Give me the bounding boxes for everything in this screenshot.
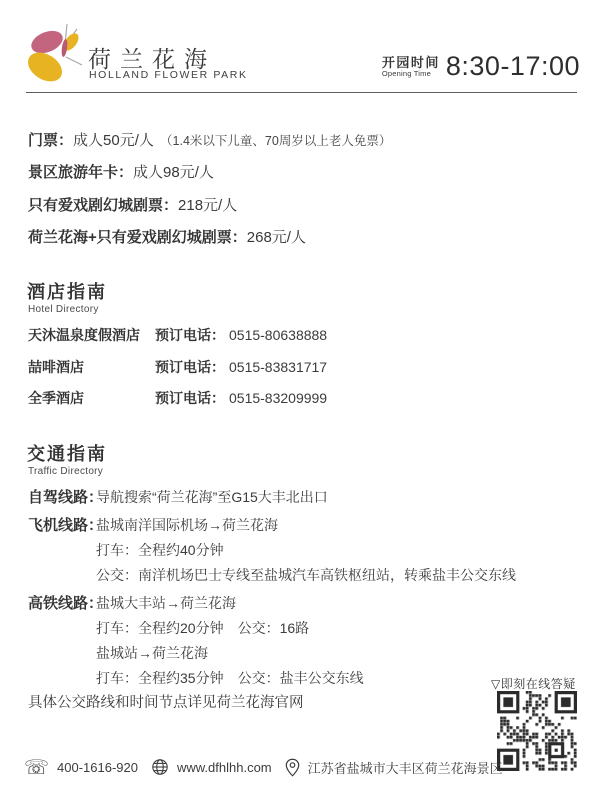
ticket-label: 景区旅游年卡： <box>28 164 133 181</box>
opening-hours: 8:30-17:00 <box>446 51 580 82</box>
flyer-page: 荷兰花海 HOLLAND FLOWER PARK 开园时间 Opening Ti… <box>0 0 600 796</box>
opening-time-block: 开园时间 Opening Time 8:30-17:00 <box>382 51 580 82</box>
footer-phone: ☏ 400-1616-920 <box>24 757 138 777</box>
traffic-note: 具体公交路线和时间节点详见荷兰花海官网 <box>28 693 304 713</box>
ticket-value: 268元/人 <box>247 229 306 246</box>
ticket-label: 门票： <box>28 132 73 149</box>
route-line: 打车：全程约35分钟 公交：盐丰公交东线 <box>96 666 364 691</box>
hotel-phone-label: 预订电话： <box>155 325 225 345</box>
hotel-row: 天沐温泉度假酒店 预订电话： 0515-80638888 <box>28 325 327 345</box>
brand-name-en: HOLLAND FLOWER PARK <box>89 69 248 81</box>
route-flight: 飞机线路： 盐城南洋国际机场→荷兰花海 打车：全程约40分钟 公交：南洋机场巴士… <box>28 513 516 588</box>
traffic-section-title: 交通指南 <box>27 444 107 464</box>
traffic-section-subtitle: Traffic Directory <box>28 466 103 477</box>
ticket-line: 只有爱戏剧幻城剧票：218元/人 <box>28 196 237 216</box>
hotel-name: 天沐温泉度假酒店 <box>28 325 155 345</box>
opening-time-label-cn: 开园时间 <box>382 56 440 70</box>
hotel-row: 喆啡酒店 预订电话： 0515-83831717 <box>28 357 327 377</box>
ticket-value: 成人98元/人 <box>133 164 214 181</box>
ticket-line: 荷兰花海+只有爱戏剧幻城剧票：268元/人 <box>28 228 306 248</box>
hotel-phone-number: 0515-83209999 <box>229 388 327 408</box>
qr-label: ▽即刻在线答疑 <box>491 675 576 692</box>
ticket-note: （1.4米以下儿童、70周岁以上老人免票） <box>160 134 391 148</box>
location-pin-icon <box>285 758 300 777</box>
footer-address: 江苏省盐城市大丰区荷兰花海景区 <box>285 758 503 777</box>
route-label: 飞机线路： <box>28 513 96 538</box>
qr-code <box>497 691 577 771</box>
hotel-name: 全季酒店 <box>28 388 155 408</box>
hotel-section-subtitle: Hotel Directory <box>28 304 99 315</box>
footer-phone-number: 400-1616-920 <box>57 760 138 775</box>
route-driving: 自驾线路：导航搜索“荷兰花海”至G15大丰北出口 <box>28 485 328 510</box>
hotel-phone-number: 0515-83831717 <box>229 357 327 377</box>
route-line: 公交：南洋机场巴士专线至盐城汽车高铁枢纽站，转乘盐丰公交东线 <box>96 563 516 588</box>
ticket-label: 只有爱戏剧幻城剧票： <box>28 197 178 214</box>
hotel-name: 喆啡酒店 <box>28 357 155 377</box>
route-line: 盐城站→荷兰花海 <box>96 641 364 666</box>
route-line: 导航搜索“荷兰花海”至G15大丰北出口 <box>96 489 328 505</box>
hotel-phone-number: 0515-80638888 <box>229 325 327 345</box>
route-line: 打车：全程约40分钟 <box>96 538 516 563</box>
footer-website-url: www.dfhlhh.com <box>177 760 272 775</box>
route-line: 盐城大丰站→荷兰花海 <box>96 591 364 616</box>
globe-icon <box>151 758 169 776</box>
footer-website: www.dfhlhh.com <box>151 758 272 776</box>
footer-address-text: 江苏省盐城市大丰区荷兰花海景区 <box>308 758 503 777</box>
hotel-phone-label: 预订电话： <box>155 357 225 377</box>
ticket-line: 景区旅游年卡：成人98元/人 <box>28 163 214 183</box>
butterfly-logo-icon <box>24 20 86 86</box>
route-label: 高铁线路： <box>28 591 96 616</box>
route-line: 盐城南洋国际机场→荷兰花海 <box>96 513 516 538</box>
telephone-icon: ☏ <box>24 757 49 777</box>
hotel-phone-label: 预订电话： <box>155 388 225 408</box>
footer-contact-bar: ☏ 400-1616-920 www.dfhlhh.com <box>24 757 503 777</box>
route-highspeed-rail: 高铁线路： 盐城大丰站→荷兰花海 打车：全程约20分钟 公交：16路 盐城站→荷… <box>28 591 364 691</box>
hotel-row: 全季酒店 预订电话： 0515-83209999 <box>28 388 327 408</box>
ticket-line: 门票：成人50元/人 （1.4米以下儿童、70周岁以上老人免票） <box>28 131 391 151</box>
ticket-value: 218元/人 <box>178 197 237 214</box>
header-divider <box>26 92 577 93</box>
ticket-label: 荷兰花海+只有爱戏剧幻城剧票： <box>28 229 247 246</box>
route-label: 自驾线路： <box>28 485 96 510</box>
route-line: 打车：全程约20分钟 公交：16路 <box>96 616 364 641</box>
hotel-section-title: 酒店指南 <box>27 282 107 302</box>
ticket-value: 成人50元/人 <box>73 132 154 149</box>
opening-time-label-en: Opening Time <box>382 70 440 78</box>
